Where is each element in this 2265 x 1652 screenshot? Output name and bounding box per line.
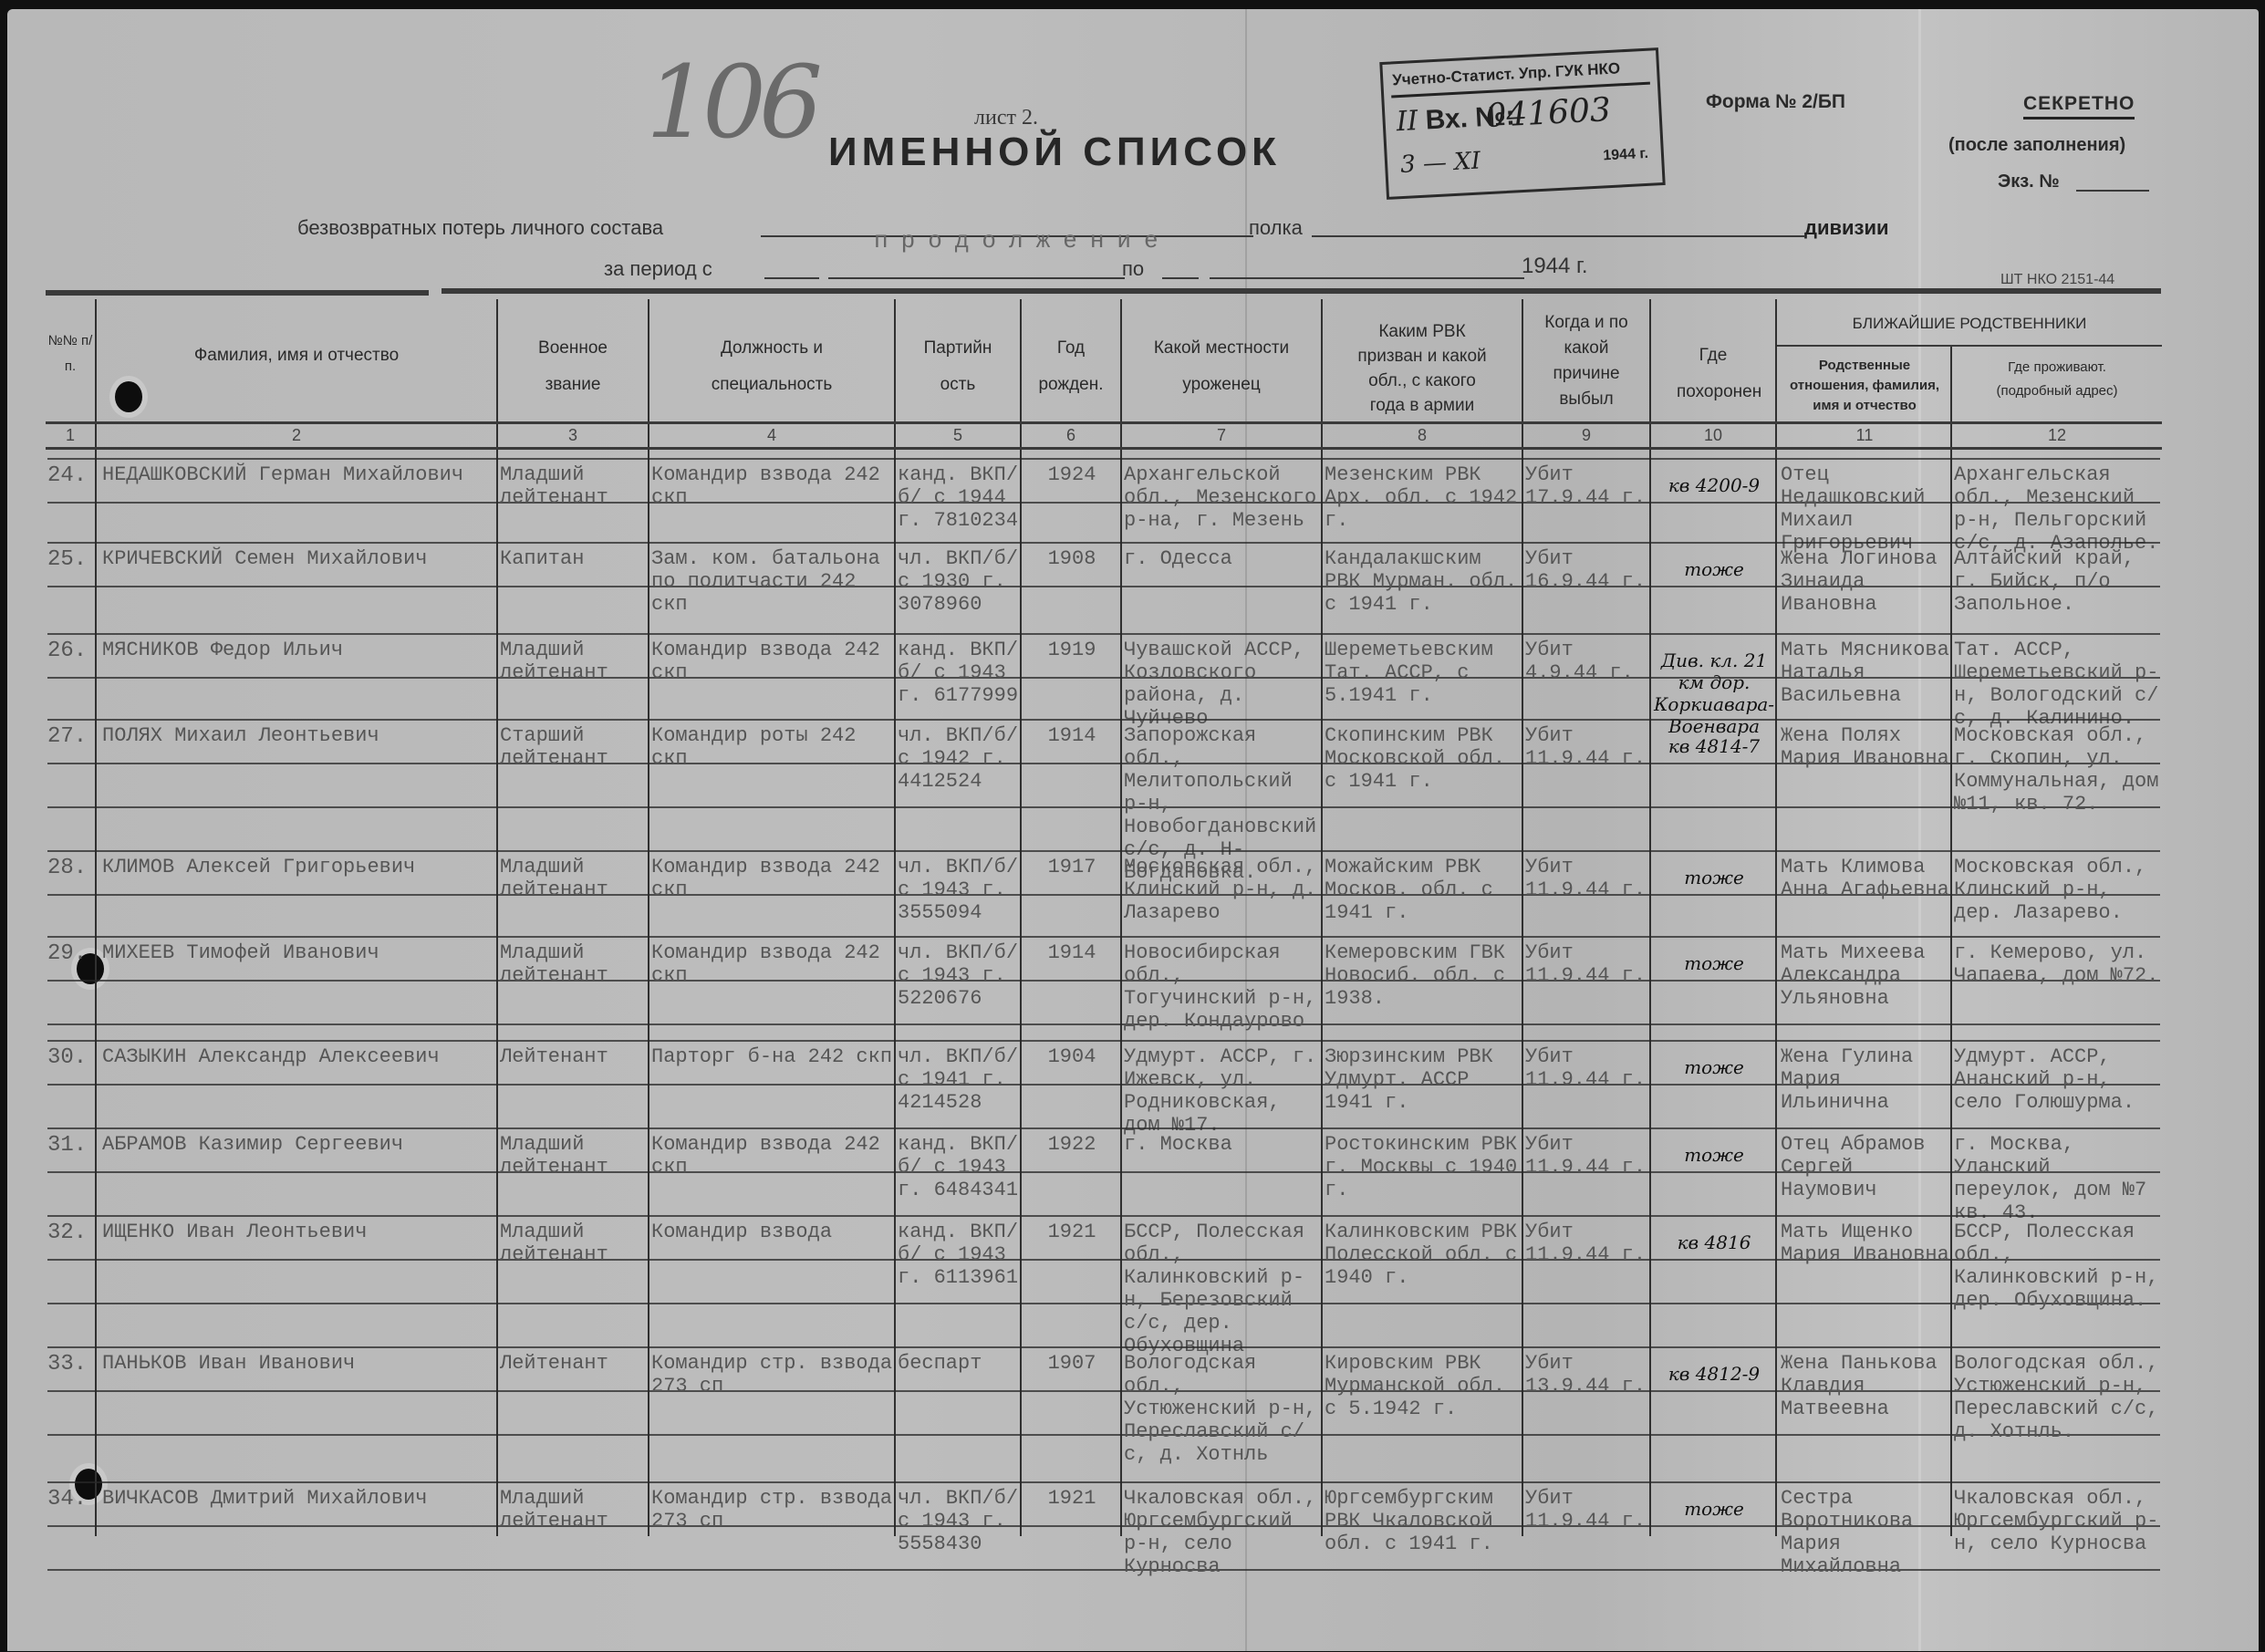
sheet-label: лист 2.: [974, 106, 1038, 130]
cell-origin: Удмурт. АССР, г. Ижевск, ул. Родниковска…: [1124, 1045, 1321, 1137]
document-title: ИМЕННОЙ СПИСОК: [828, 130, 1281, 175]
cell-address: Алтайский край, г. Бийск, п/о Запольное.: [1954, 547, 2162, 616]
cell-year: 1922: [1023, 1133, 1120, 1156]
cell-rank: Младший лейтенант: [500, 1133, 648, 1179]
cell-fate: Убит 11.9.44 г.: [1525, 1133, 1649, 1179]
cell-fate: Убит 11.9.44 г.: [1525, 1045, 1649, 1091]
col-number: 6: [1022, 426, 1120, 445]
cell-n: 33.: [47, 1352, 95, 1377]
col-number: 5: [896, 426, 1020, 445]
cell-name: НЕДАШКОВСКИЙ Герман Михайлович: [102, 463, 494, 486]
col-number: 1: [46, 426, 95, 445]
cell-rank: Лейтенант: [500, 1045, 648, 1068]
cell-rvk: Мезенским РВК Арх. обл. с 1942 г.: [1325, 463, 1522, 532]
cell-rank: Младший лейтенант: [500, 1487, 648, 1533]
cell-year: 1921: [1023, 1221, 1120, 1243]
cell-year: 1914: [1023, 724, 1120, 747]
cell-rank: Лейтенант: [500, 1352, 648, 1375]
cell-rvk: Кемеровским ГВК Новосиб. обл. с 1938.: [1325, 941, 1522, 1010]
cell-address: Вологодская обл., Устюженский р-н, Перес…: [1954, 1352, 2162, 1443]
subtitle-losses: безвозвратных потерь личного состава: [297, 216, 663, 240]
cell-origin: г. Москва: [1124, 1133, 1321, 1156]
cell-name: САЗЫКИН Александр Алексеевич: [102, 1045, 494, 1068]
col-number: 9: [1523, 426, 1649, 445]
copy-number-label: Экз. №: [1998, 171, 2060, 192]
cell-rvk: Калинковским РВК Полесской обл. с 1940 г…: [1325, 1221, 1522, 1289]
stamp-date: 3 — XI: [1399, 147, 1481, 179]
col-header-address: Где проживают. (подробный адрес): [1952, 356, 2162, 403]
cell-rvk: Можайским РВК Москов. обл. с 1941 г.: [1325, 856, 1522, 924]
cell-rank: Младший лейтенант: [500, 639, 648, 684]
cell-fate: Убит 13.9.44 г.: [1525, 1352, 1649, 1397]
cell-rvk: Кировским РВК Мурманской обл. с 5.1942 г…: [1325, 1352, 1522, 1420]
cell-burial: тоже: [1653, 952, 1775, 974]
cell-party: чл. ВКП/б/ с 1943 г. 3555094: [898, 856, 1020, 924]
cell-party: чл. ВКП/б/ с 1943 г. 5220676: [898, 941, 1020, 1010]
cell-burial: Див. кл. 21 км дор. Коркиавара-Военвара: [1653, 649, 1775, 737]
cell-party: канд. ВКП/б/ с 1943 г. 6177999: [898, 639, 1020, 707]
cell-name: МЯСНИКОВ Федор Ильич: [102, 639, 494, 661]
cell-party: беспарт: [898, 1352, 1020, 1375]
cell-rank: Младший лейтенант: [500, 856, 648, 901]
cell-origin: Чувашской АССР, Козловского района, д. Ч…: [1124, 639, 1321, 730]
cell-burial: кв 4814-7: [1653, 735, 1775, 757]
cell-relative: Мать Климова Анна Агафьевна: [1781, 856, 1950, 901]
form-number: Форма № 2/БП: [1706, 91, 1845, 113]
col-number: 7: [1122, 426, 1321, 445]
cell-n: 31.: [47, 1133, 95, 1158]
cell-fate: Убит 4.9.44 г.: [1525, 639, 1649, 684]
period-year: 1944 г.: [1522, 254, 1588, 279]
cell-year: 1924: [1023, 463, 1120, 486]
cell-burial: кв 4200-9: [1653, 474, 1775, 496]
col-number: 11: [1779, 426, 1950, 445]
col-header-rank: Военное звание: [498, 330, 648, 403]
cell-fate: Убит 17.9.44 г.: [1525, 463, 1649, 509]
cell-name: ИЩЕНКО Иван Леонтьевич: [102, 1221, 494, 1243]
cell-fate: Убит 11.9.44 г.: [1525, 724, 1649, 770]
cell-relative: Отец Недашковский Михаил Григорьевич: [1781, 463, 1950, 555]
col-number: 2: [97, 426, 496, 445]
cell-party: канд. ВКП/б/ с 1943 г. 6113961: [898, 1221, 1020, 1289]
cell-n: 25.: [47, 547, 95, 572]
cell-n: 30.: [47, 1045, 95, 1070]
cell-relative: Жена Полях Мария Ивановна: [1781, 724, 1950, 770]
cell-n: 24.: [47, 463, 95, 488]
col-header-fate: Когда и по какой причине выбыл: [1523, 310, 1649, 412]
col-header-origin: Какой местности уроженец: [1122, 330, 1321, 403]
period-to-label: по: [1122, 257, 1144, 281]
secret-note: (после заполнения): [1948, 135, 2125, 156]
cell-year: 1907: [1023, 1352, 1120, 1375]
col-group-relatives: БЛИЖАЙШИЕ РОДСТВЕННИКИ: [1777, 310, 2162, 338]
cell-post: Командир взвода 242 скп: [651, 941, 894, 987]
cell-origin: БССР, Полесская обл., Калинковский р-н, …: [1124, 1221, 1321, 1357]
cell-name: АБРАМОВ Казимир Сергеевич: [102, 1133, 494, 1156]
cell-relative: Мать Мясникова Наталья Васильевна: [1781, 639, 1950, 707]
cell-relative: Жена Гулина Мария Ильинична: [1781, 1045, 1950, 1114]
punch-hole: [115, 381, 142, 412]
cell-relative: Жена Панькова Клавдия Матвеевна: [1781, 1352, 1950, 1420]
cell-name: ПАНЬКОВ Иван Иванович: [102, 1352, 494, 1375]
cell-year: 1917: [1023, 856, 1120, 878]
subtitle-continuation: продолжение: [874, 230, 1171, 253]
cell-origin: г. Одесса: [1124, 547, 1321, 570]
cell-post: Командир взвода 242 скп: [651, 463, 894, 509]
col-header-rvk: Каким РВК призван и какой обл., с какого…: [1323, 319, 1522, 418]
cell-fate: Убит 11.9.44 г.: [1525, 856, 1649, 901]
cell-name: КРИЧЕВСКИЙ Семен Михайлович: [102, 547, 494, 570]
cell-address: Архангельская обл., Мезенский р-н, Пельг…: [1954, 463, 2162, 555]
cell-party: канд. ВКП/б/ с 1944 г. 7810234: [898, 463, 1020, 532]
cell-party: чл. ВКП/б/ с 1941 г. 4214528: [898, 1045, 1020, 1114]
cell-burial: тоже: [1653, 867, 1775, 888]
col-header-birth-year: Год рожден.: [1022, 330, 1120, 403]
col-header-burial: Где похоронен: [1651, 338, 1775, 410]
cell-year: 1919: [1023, 639, 1120, 661]
pencil-sheet-number: 106: [646, 44, 816, 161]
col-number: 4: [649, 426, 894, 445]
cell-n: 29.: [47, 941, 95, 966]
cell-address: г. Москва, Уланский переулок, дом №7 кв.…: [1954, 1133, 2162, 1224]
cell-name: МИХЕЕВ Тимофей Иванович: [102, 941, 494, 964]
cell-address: Тат. АССР, Шереметьевский р-н, Вологодск…: [1954, 639, 2162, 730]
cell-party: канд. ВКП/б/ с 1943 г. 6484341: [898, 1133, 1020, 1201]
cell-rank: Старший лейтенант: [500, 724, 648, 770]
registration-stamp: Учетно-Статист. Упр. ГУК НКО II Вх. №: 0…: [1379, 47, 1665, 200]
col-header-post: Должность и специальность: [649, 330, 894, 403]
cell-post: Парторг б-на 242 скп: [651, 1045, 894, 1068]
cell-year: 1908: [1023, 547, 1120, 570]
cell-post: Командир взвода: [651, 1221, 894, 1243]
cell-rvk: Ростокинским РВК г. Москвы с 1940 г.: [1325, 1133, 1522, 1201]
cell-address: Удмурт. АССР, Ананский р-н, село Голюшур…: [1954, 1045, 2162, 1114]
cell-rvk: Зюрзинским РВК Удмурт. АССР 1941 г.: [1325, 1045, 1522, 1114]
cell-relative: Мать Ищенко Мария Ивановна: [1781, 1221, 1950, 1266]
cell-name: КЛИМОВ Алексей Григорьевич: [102, 856, 494, 878]
cell-party: чл. ВКП/б/ с 1942 г. 4412524: [898, 724, 1020, 793]
cell-rvk: Скопинским РВК Московской обл. с 1941 г.: [1325, 724, 1522, 793]
cell-origin: Московская обл., Клинский р-н, д. Лазаре…: [1124, 856, 1321, 924]
secret-label: СЕКРЕТНО: [2023, 93, 2135, 119]
cell-post: Командир стр. взвода 273 сп: [651, 1487, 894, 1533]
col-number: 12: [1952, 426, 2162, 445]
cell-fate: Убит 11.9.44 г.: [1525, 1221, 1649, 1266]
cell-rvk: Шереметьевским Тат. АССР, с 5.1941 г.: [1325, 639, 1522, 707]
cell-address: Московская обл., г. Скопин, ул. Коммунал…: [1954, 724, 2162, 816]
cell-address: г. Кемерово, ул. Чапаева, дом №72.: [1954, 941, 2162, 987]
cell-address: Чкаловская обл., Юргсембургский р-н, сел…: [1954, 1487, 2162, 1555]
cell-relative: Мать Михеева Александра Ульяновна: [1781, 941, 1950, 1010]
cell-address: БССР, Полесская обл., Калинковский р-н, …: [1954, 1221, 2162, 1312]
cell-relative: Сестра Воротникова Мария Михайловна: [1781, 1487, 1950, 1578]
document-sheet: 106 лист 2. ИМЕННОЙ СПИСОК безвозвратных…: [7, 9, 2259, 1651]
cell-address: Московская обл., Клинский р-н, дер. Лаза…: [1954, 856, 2162, 924]
division-label: дивизии: [1804, 216, 1889, 240]
cell-rank: Капитан: [500, 547, 648, 570]
cell-fate: Убит 16.9.44 г.: [1525, 547, 1649, 593]
cell-n: 32.: [47, 1221, 95, 1245]
cell-year: 1914: [1023, 941, 1120, 964]
cell-origin: Новосибирская обл., Тогучинский р-н, дер…: [1124, 941, 1321, 1033]
cell-post: Командир взвода 242 скп: [651, 856, 894, 901]
cell-post: Командир взвода 242 скп: [651, 1133, 894, 1179]
col-number: 3: [498, 426, 648, 445]
cell-burial: кв 4812-9: [1653, 1363, 1775, 1385]
period-label: за период с: [604, 257, 712, 281]
col-header-party: Партийность: [896, 330, 1020, 403]
cell-year: 1904: [1023, 1045, 1120, 1068]
print-code: ШТ НКО 2151-44: [2000, 272, 2114, 288]
cell-rvk: Юргсембургским РВК Чкаловской обл. с 194…: [1325, 1487, 1522, 1555]
cell-post: Зам. ком. батальона по политчасти 242 ск…: [651, 547, 894, 616]
cell-rank: Младший лейтенант: [500, 463, 648, 509]
cell-burial: тоже: [1653, 1056, 1775, 1078]
col-header-index: №№ п/п.: [46, 328, 95, 379]
stamp-incoming-number: 041603: [1484, 91, 1611, 135]
cell-year: 1921: [1023, 1487, 1120, 1510]
cell-burial: тоже: [1653, 1498, 1775, 1520]
cell-fate: Убит 11.9.44 г.: [1525, 941, 1649, 987]
stamp-year: 1944 г.: [1603, 146, 1648, 165]
cell-burial: кв 4816: [1653, 1231, 1775, 1253]
cell-fate: Убит 11.9.44 г.: [1525, 1487, 1649, 1533]
col-header-name: Фамилия, имя и отчество: [97, 342, 496, 369]
cell-post: Командир взвода 242 скп: [651, 639, 894, 684]
cell-post: Командир роты 242 скп: [651, 724, 894, 770]
cell-burial: тоже: [1653, 558, 1775, 580]
cell-origin: Архангельской обл., Мезенского р-на, г. …: [1124, 463, 1321, 532]
polka-label: полка: [1249, 216, 1303, 240]
cell-post: Командир стр. взвода 273 сп: [651, 1352, 894, 1397]
cell-origin: Вологодская обл., Устюженский р-н, Перес…: [1124, 1352, 1321, 1466]
col-number: 8: [1323, 426, 1522, 445]
cell-name: ПОЛЯХ Михаил Леонтьевич: [102, 724, 494, 747]
cell-origin: Чкаловская обл., Юргсембургский р-н, сел…: [1124, 1487, 1321, 1578]
cell-n: 28.: [47, 856, 95, 880]
cell-n: 26.: [47, 639, 95, 663]
cell-rvk: Кандалакшским РВК Мурман. обл. с 1941 г.: [1325, 547, 1522, 616]
col-header-relative: Родственные отношения, фамилия, имя и от…: [1779, 356, 1950, 416]
cell-n: 27.: [47, 724, 95, 749]
cell-party: чл. ВКП/б/ с 1930 г. 3078960: [898, 547, 1020, 616]
cell-name: ВИЧКАСОВ Дмитрий Михайлович: [102, 1487, 494, 1510]
cell-relative: Отец Абрамов Сергей Наумович: [1781, 1133, 1950, 1201]
cell-n: 34.: [47, 1487, 95, 1512]
col-number: 10: [1651, 426, 1775, 445]
cell-rank: Младший лейтенант: [500, 1221, 648, 1266]
cell-party: чл. ВКП/б/ с 1943 г. 5558430: [898, 1487, 1020, 1555]
cell-burial: тоже: [1653, 1144, 1775, 1166]
cell-relative: Жена Логинова Зинаида Ивановна: [1781, 547, 1950, 616]
cell-rank: Младший лейтенант: [500, 941, 648, 987]
